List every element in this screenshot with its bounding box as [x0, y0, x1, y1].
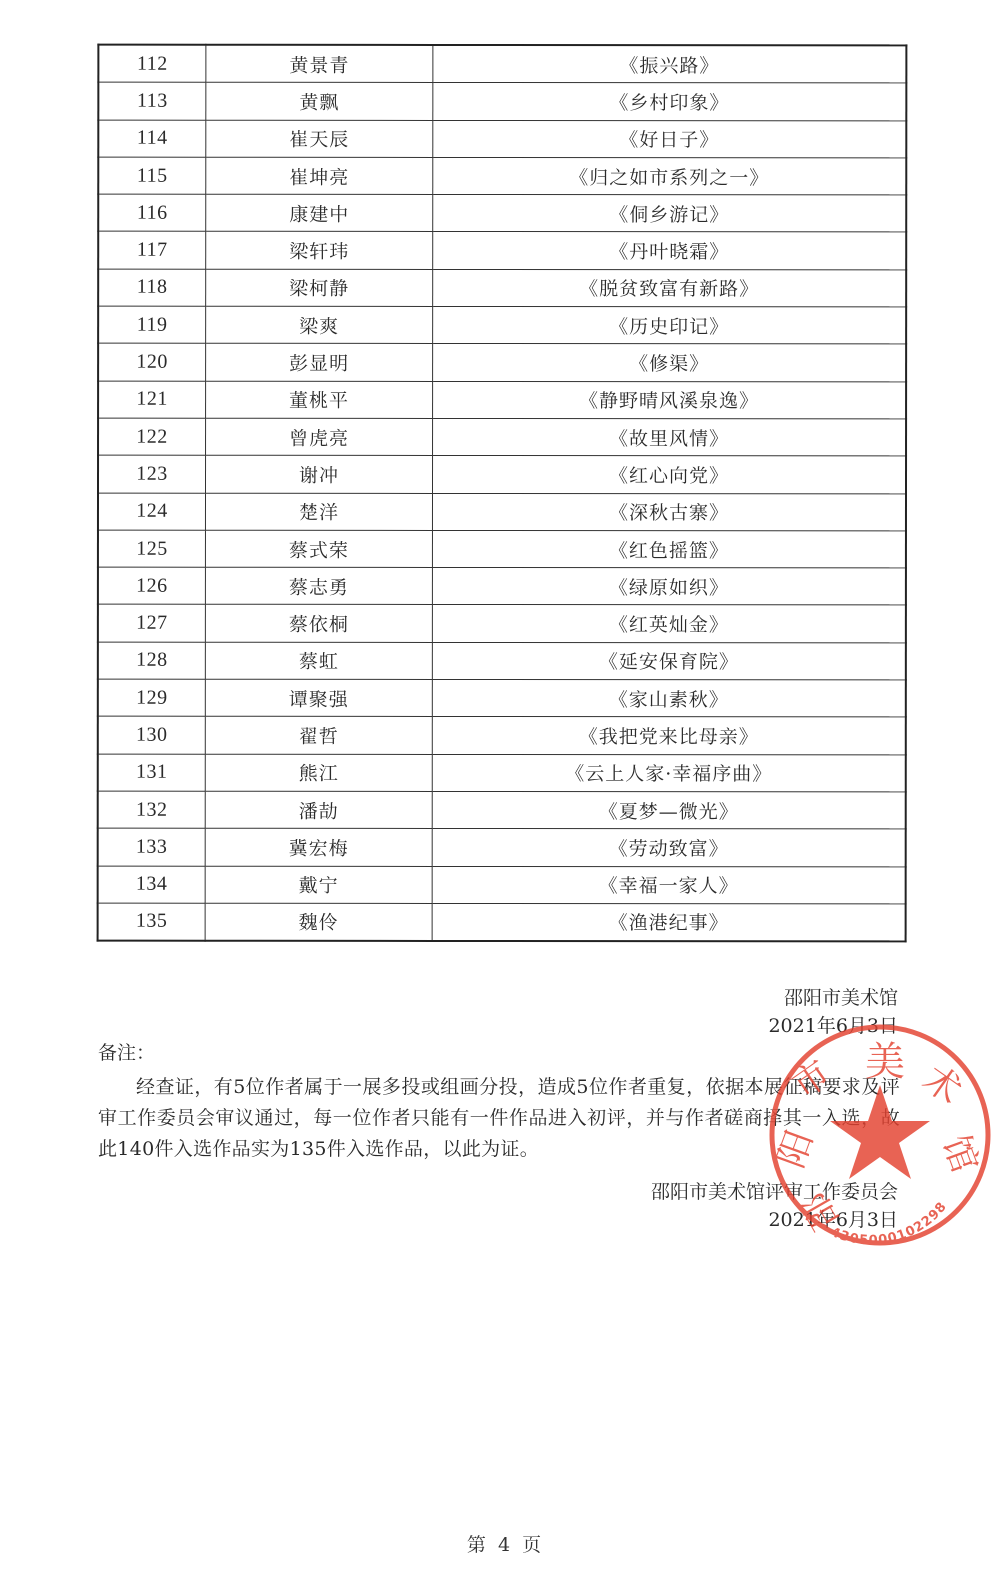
note-label: 备注： [98, 1038, 155, 1065]
table-row: 121董桃平《静野晴风溪泉逸》 [98, 381, 906, 419]
artist-name: 董桃平 [206, 381, 433, 418]
entry-number: 127 [98, 605, 206, 642]
table-row: 115崔坤亮《归之如市系列之一》 [98, 157, 906, 195]
artist-name: 彭显明 [206, 344, 433, 381]
selection-table-wrapper: 112黄景青《振兴路》113黄飘《乡村印象》114崔天辰《好日子》115崔坤亮《… [97, 44, 908, 943]
entry-number: 122 [98, 418, 206, 455]
table-row: 113黄飘《乡村印象》 [98, 82, 906, 120]
artwork-title: 《延安保育院》 [432, 642, 906, 680]
entry-number: 125 [98, 530, 206, 567]
table-row: 127蔡依桐《红英灿金》 [98, 605, 906, 643]
artist-name: 崔坤亮 [206, 157, 433, 194]
entry-number: 115 [98, 157, 206, 194]
artist-name: 谢冲 [206, 456, 433, 493]
signature-block-museum: 邵阳市美术馆 2021年6月3日 [768, 984, 898, 1040]
entry-number: 126 [98, 567, 206, 604]
signature-date: 2021年6月3日 [768, 1012, 898, 1040]
table-body: 112黄景青《振兴路》113黄飘《乡村印象》114崔天辰《好日子》115崔坤亮《… [98, 45, 907, 942]
table-row: 116康建中《侗乡游记》 [98, 194, 906, 232]
entry-number: 118 [98, 269, 206, 306]
artwork-title: 《红英灿金》 [432, 605, 906, 643]
artwork-title: 《好日子》 [433, 120, 907, 158]
entry-number: 131 [98, 754, 206, 791]
artwork-title: 《静野晴风溪泉逸》 [433, 381, 907, 419]
artist-name: 蔡志勇 [205, 567, 432, 604]
artwork-title: 《夏梦—微光》 [432, 791, 906, 829]
table-row: 112黄景青《振兴路》 [98, 45, 906, 84]
artwork-title: 《归之如市系列之一》 [433, 157, 907, 195]
artist-name: 黄飘 [206, 83, 433, 120]
artist-name: 潘劼 [205, 791, 432, 828]
entry-number: 133 [98, 828, 206, 865]
table-row: 131熊江《云上人家·幸福序曲》 [98, 754, 906, 792]
entry-number: 123 [98, 455, 206, 492]
table-row: 124楚洋《深秋古寨》 [98, 493, 906, 531]
signature-org: 邵阳市美术馆评审工作委员会 [651, 1178, 898, 1206]
entry-number: 116 [98, 194, 206, 231]
artwork-title: 《渔港纪事》 [432, 903, 906, 941]
table-row: 119梁爽《历史印记》 [98, 306, 906, 344]
table-row: 117梁轩玮《丹叶晓霜》 [98, 232, 906, 270]
selection-table: 112黄景青《振兴路》113黄飘《乡村印象》114崔天辰《好日子》115崔坤亮《… [97, 44, 908, 943]
artist-name: 蔡式荣 [205, 530, 432, 567]
artwork-title: 《丹叶晓霜》 [433, 232, 907, 270]
entry-number: 120 [98, 344, 206, 381]
signature-org: 邵阳市美术馆 [768, 984, 898, 1012]
artist-name: 蔡依桐 [205, 605, 432, 642]
artist-name: 魏伶 [205, 903, 432, 941]
entry-number: 132 [98, 791, 206, 828]
artist-name: 蔡虹 [205, 642, 432, 679]
artist-name: 梁轩玮 [206, 232, 433, 269]
artwork-title: 《幸福一家人》 [432, 866, 906, 904]
entry-number: 117 [98, 232, 206, 269]
entry-number: 113 [98, 82, 206, 119]
artwork-title: 《侗乡游记》 [433, 195, 907, 233]
table-row: 132潘劼《夏梦—微光》 [98, 791, 906, 829]
artist-name: 冀宏梅 [205, 828, 432, 865]
entry-number: 114 [98, 120, 206, 157]
table-row: 123谢冲《红心向党》 [98, 455, 906, 493]
table-row: 129谭聚强《家山素秋》 [98, 679, 906, 717]
artwork-title: 《乡村印象》 [433, 83, 907, 121]
artist-name: 黄景青 [206, 45, 433, 83]
artist-name: 曾虎亮 [206, 418, 433, 455]
artist-name: 梁爽 [206, 306, 433, 343]
table-row: 134戴宁《幸福一家人》 [98, 866, 906, 904]
artwork-title: 《红色摇篮》 [432, 530, 906, 568]
page-number: 第 4 页 [0, 1530, 1008, 1557]
artwork-title: 《红心向党》 [433, 456, 907, 494]
seal-char: 馆 [934, 1130, 985, 1178]
entry-number: 121 [98, 381, 206, 418]
table-row: 130翟哲《我把党来比母亲》 [98, 716, 906, 754]
entry-number: 129 [98, 679, 206, 716]
signature-block-committee: 邵阳市美术馆评审工作委员会 2021年6月3日 [651, 1178, 898, 1234]
table-row: 128蔡虹《延安保育院》 [98, 642, 906, 680]
entry-number: 130 [98, 716, 206, 753]
artwork-title: 《振兴路》 [433, 45, 907, 83]
seal-char: 术 [916, 1058, 969, 1112]
artwork-title: 《脱贫致富有新路》 [433, 269, 907, 307]
table-row: 122曾虎亮《故里风情》 [98, 418, 906, 456]
document-page: 112黄景青《振兴路》113黄飘《乡村印象》114崔天辰《好日子》115崔坤亮《… [0, 0, 1008, 1572]
artwork-title: 《故里风情》 [433, 418, 907, 456]
entry-number: 124 [98, 493, 206, 530]
entry-number: 119 [98, 306, 206, 343]
artist-name: 康建中 [206, 194, 433, 231]
note-body: 经查证，有5位作者属于一展多投或组画分投，造成5位作者重复，依据本展征稿要求及评… [98, 1072, 900, 1165]
artist-name: 谭聚强 [205, 679, 432, 716]
table-row: 125蔡式荣《红色摇篮》 [98, 530, 906, 568]
table-row: 133冀宏梅《劳动致富》 [98, 828, 906, 866]
table-row: 114崔天辰《好日子》 [98, 120, 906, 158]
entry-number: 134 [98, 866, 206, 903]
table-row: 120彭显明《修渠》 [98, 344, 906, 382]
entry-number: 135 [98, 903, 206, 941]
artwork-title: 《历史印记》 [433, 307, 907, 345]
artist-name: 梁柯静 [206, 269, 433, 306]
artist-name: 崔天辰 [206, 120, 433, 157]
signature-date: 2021年6月3日 [651, 1206, 898, 1234]
artwork-title: 《深秋古寨》 [432, 493, 906, 531]
table-row: 135魏伶《渔港纪事》 [98, 903, 906, 942]
artwork-title: 《云上人家·幸福序曲》 [432, 754, 906, 792]
artist-name: 翟哲 [205, 717, 432, 754]
artist-name: 戴宁 [205, 866, 432, 903]
artwork-title: 《家山素秋》 [432, 679, 906, 717]
entry-number: 112 [98, 45, 206, 83]
table-row: 118梁柯静《脱贫致富有新路》 [98, 269, 906, 307]
artist-name: 楚洋 [205, 493, 432, 530]
artwork-title: 《绿原如织》 [432, 568, 906, 606]
table-row: 126蔡志勇《绿原如织》 [98, 567, 906, 605]
entry-number: 128 [98, 642, 206, 679]
artwork-title: 《劳动致富》 [432, 829, 906, 867]
artwork-title: 《我把党来比母亲》 [432, 717, 906, 755]
artwork-title: 《修渠》 [433, 344, 907, 382]
artist-name: 熊江 [205, 754, 432, 791]
